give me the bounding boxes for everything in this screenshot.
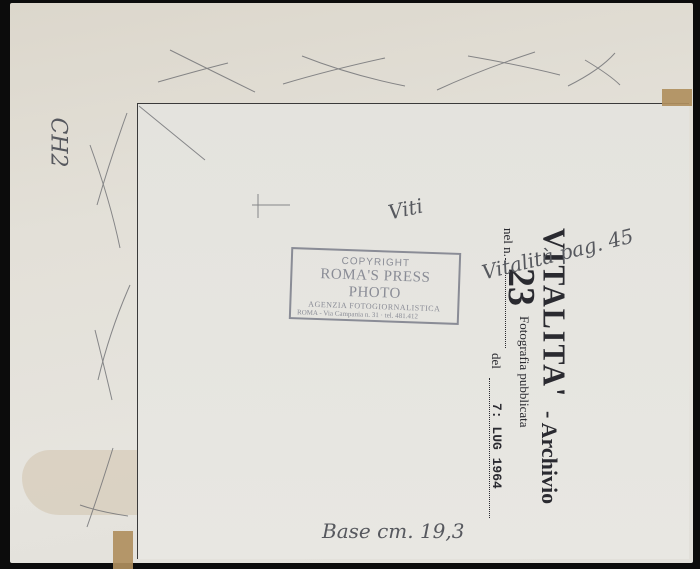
copyright-stamp: COPYRIGHT ROMA'S PRESS PHOTO AGENZIA FOT… — [289, 247, 461, 325]
handwritten-note-size: Base cm. 19,3 — [322, 519, 465, 543]
date-label: del — [488, 353, 504, 369]
agency-name: ROMA'S PRESS PHOTO — [291, 265, 458, 305]
date-value: 7: LUG 1964 — [489, 403, 504, 489]
published-label: Fotografia pubblicata — [516, 316, 532, 428]
dotted-line — [489, 378, 490, 518]
handwritten-code: CH2 — [46, 117, 71, 167]
archive-label: - Archivio — [536, 411, 562, 504]
